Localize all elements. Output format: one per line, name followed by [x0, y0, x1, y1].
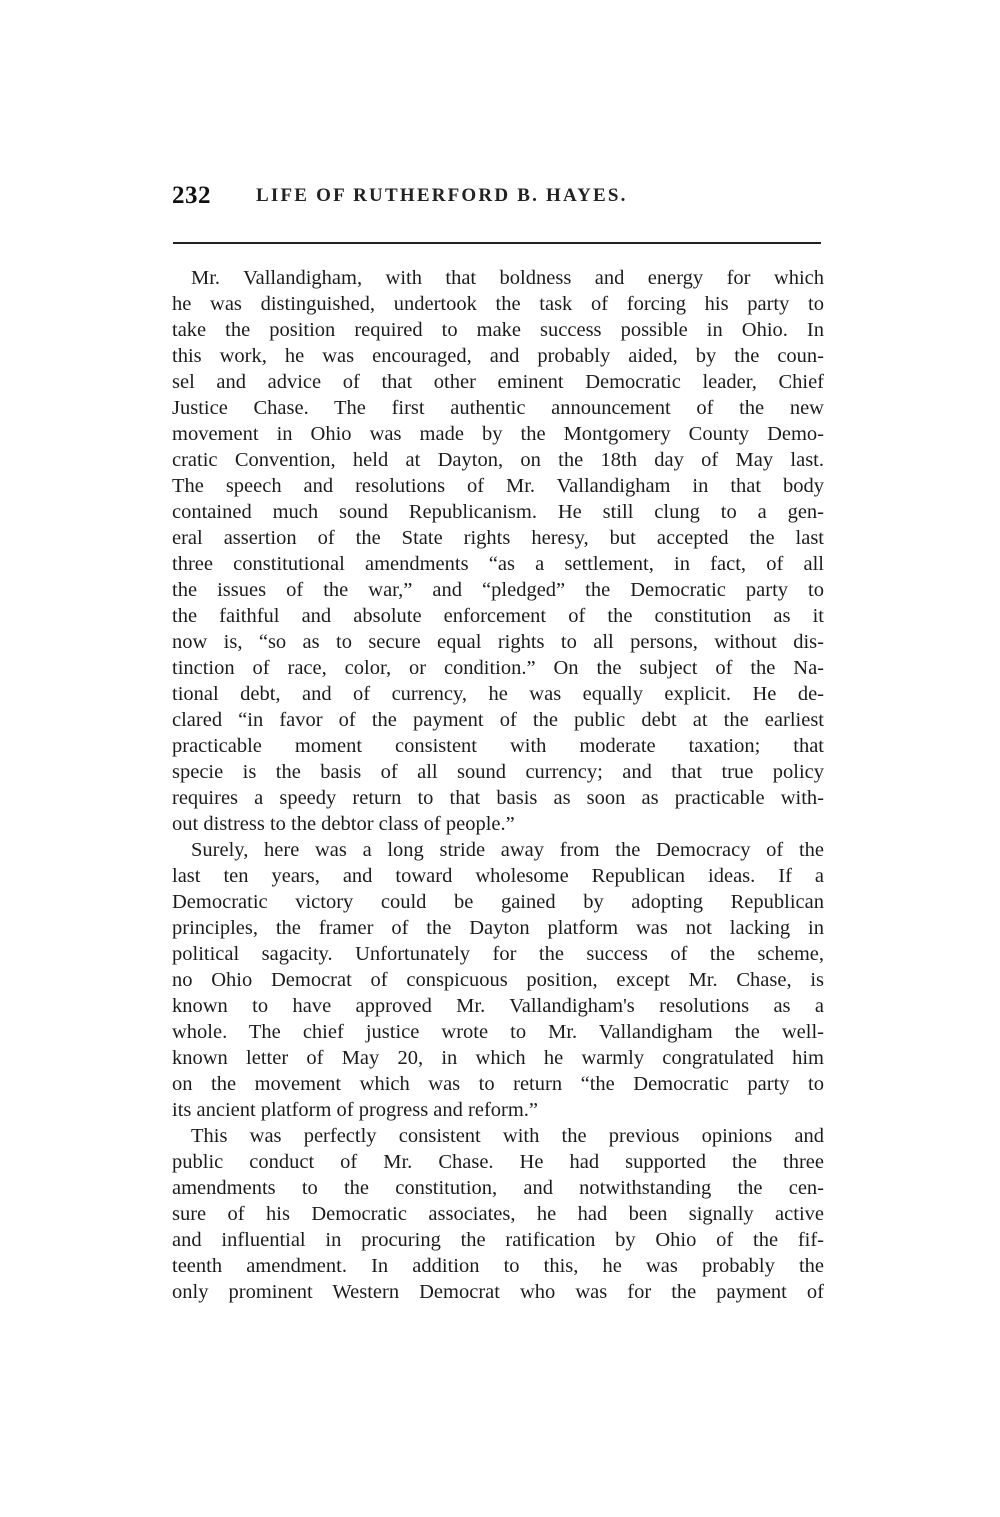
text-line: Justice Chase. The first authentic annou… — [172, 395, 824, 421]
text-line: The speech and resolutions of Mr. Vallan… — [172, 473, 824, 499]
text-line: its ancient platform of progress and ref… — [172, 1097, 824, 1123]
text-line: principles, the framer of the Dayton pla… — [172, 915, 824, 941]
text-line: tinction of race, color, or condition.” … — [172, 655, 824, 681]
text-line: this work, he was encouraged, and probab… — [172, 343, 824, 369]
text-line: public conduct of Mr. Chase. He had supp… — [172, 1149, 824, 1175]
text-line: only prominent Western Democrat who was … — [172, 1279, 824, 1305]
text-line: tional debt, and of currency, he was equ… — [172, 681, 824, 707]
text-line: last ten years, and toward wholesome Rep… — [172, 863, 824, 889]
book-page: 232 LIFE OF RUTHERFORD B. HAYES. Mr. Val… — [0, 0, 1000, 1517]
text-line: practicable moment consistent with moder… — [172, 733, 824, 759]
text-line: three constitutional amendments “as a se… — [172, 551, 824, 577]
text-line: Democratic victory could be gained by ad… — [172, 889, 824, 915]
text-line: sel and advice of that other eminent Dem… — [172, 369, 824, 395]
text-line: now is, “so as to secure equal rights to… — [172, 629, 824, 655]
text-line: Mr. Vallandigham, with that boldness and… — [191, 265, 824, 291]
text-line: movement in Ohio was made by the Montgom… — [172, 421, 824, 447]
text-line: specie is the basis of all sound currenc… — [172, 759, 824, 785]
text-line: Surely, here was a long stride away from… — [191, 837, 824, 863]
text-line: known letter of May 20, in which he warm… — [172, 1045, 824, 1071]
text-line: This was perfectly consistent with the p… — [191, 1123, 824, 1149]
text-line: and influential in procuring the ratific… — [172, 1227, 824, 1253]
text-line: cratic Convention, held at Dayton, on th… — [172, 447, 824, 473]
text-line: requires a speedy return to that basis a… — [172, 785, 824, 811]
text-line: whole. The chief justice wrote to Mr. Va… — [172, 1019, 824, 1045]
text-line: sure of his Democratic associates, he ha… — [172, 1201, 824, 1227]
running-title: LIFE OF RUTHERFORD B. HAYES. — [256, 185, 628, 207]
text-line: teenth amendment. In addition to this, h… — [172, 1253, 824, 1279]
text-line: out distress to the debtor class of peop… — [172, 811, 824, 837]
text-line: eral assertion of the State rights heres… — [172, 525, 824, 551]
text-line: on the movement which was to return “the… — [172, 1071, 824, 1097]
text-line: no Ohio Democrat of conspicuous position… — [172, 967, 824, 993]
text-line: the issues of the war,” and “pledged” th… — [172, 577, 824, 603]
text-line: the faithful and absolute enforcement of… — [172, 603, 824, 629]
text-line: clared “in favor of the payment of the p… — [172, 707, 824, 733]
page-number: 232 — [172, 182, 211, 210]
text-line: take the position required to make succe… — [172, 317, 824, 343]
text-line: known to have approved Mr. Vallandigham'… — [172, 993, 824, 1019]
text-line: political sagacity. Unfortunately for th… — [172, 941, 824, 967]
text-line: amendments to the constitution, and notw… — [172, 1175, 824, 1201]
text-line: he was distinguished, undertook the task… — [172, 291, 824, 317]
header-rule — [173, 242, 821, 244]
running-head: 232 LIFE OF RUTHERFORD B. HAYES. — [172, 182, 822, 212]
text-line: contained much sound Republicanism. He s… — [172, 499, 824, 525]
